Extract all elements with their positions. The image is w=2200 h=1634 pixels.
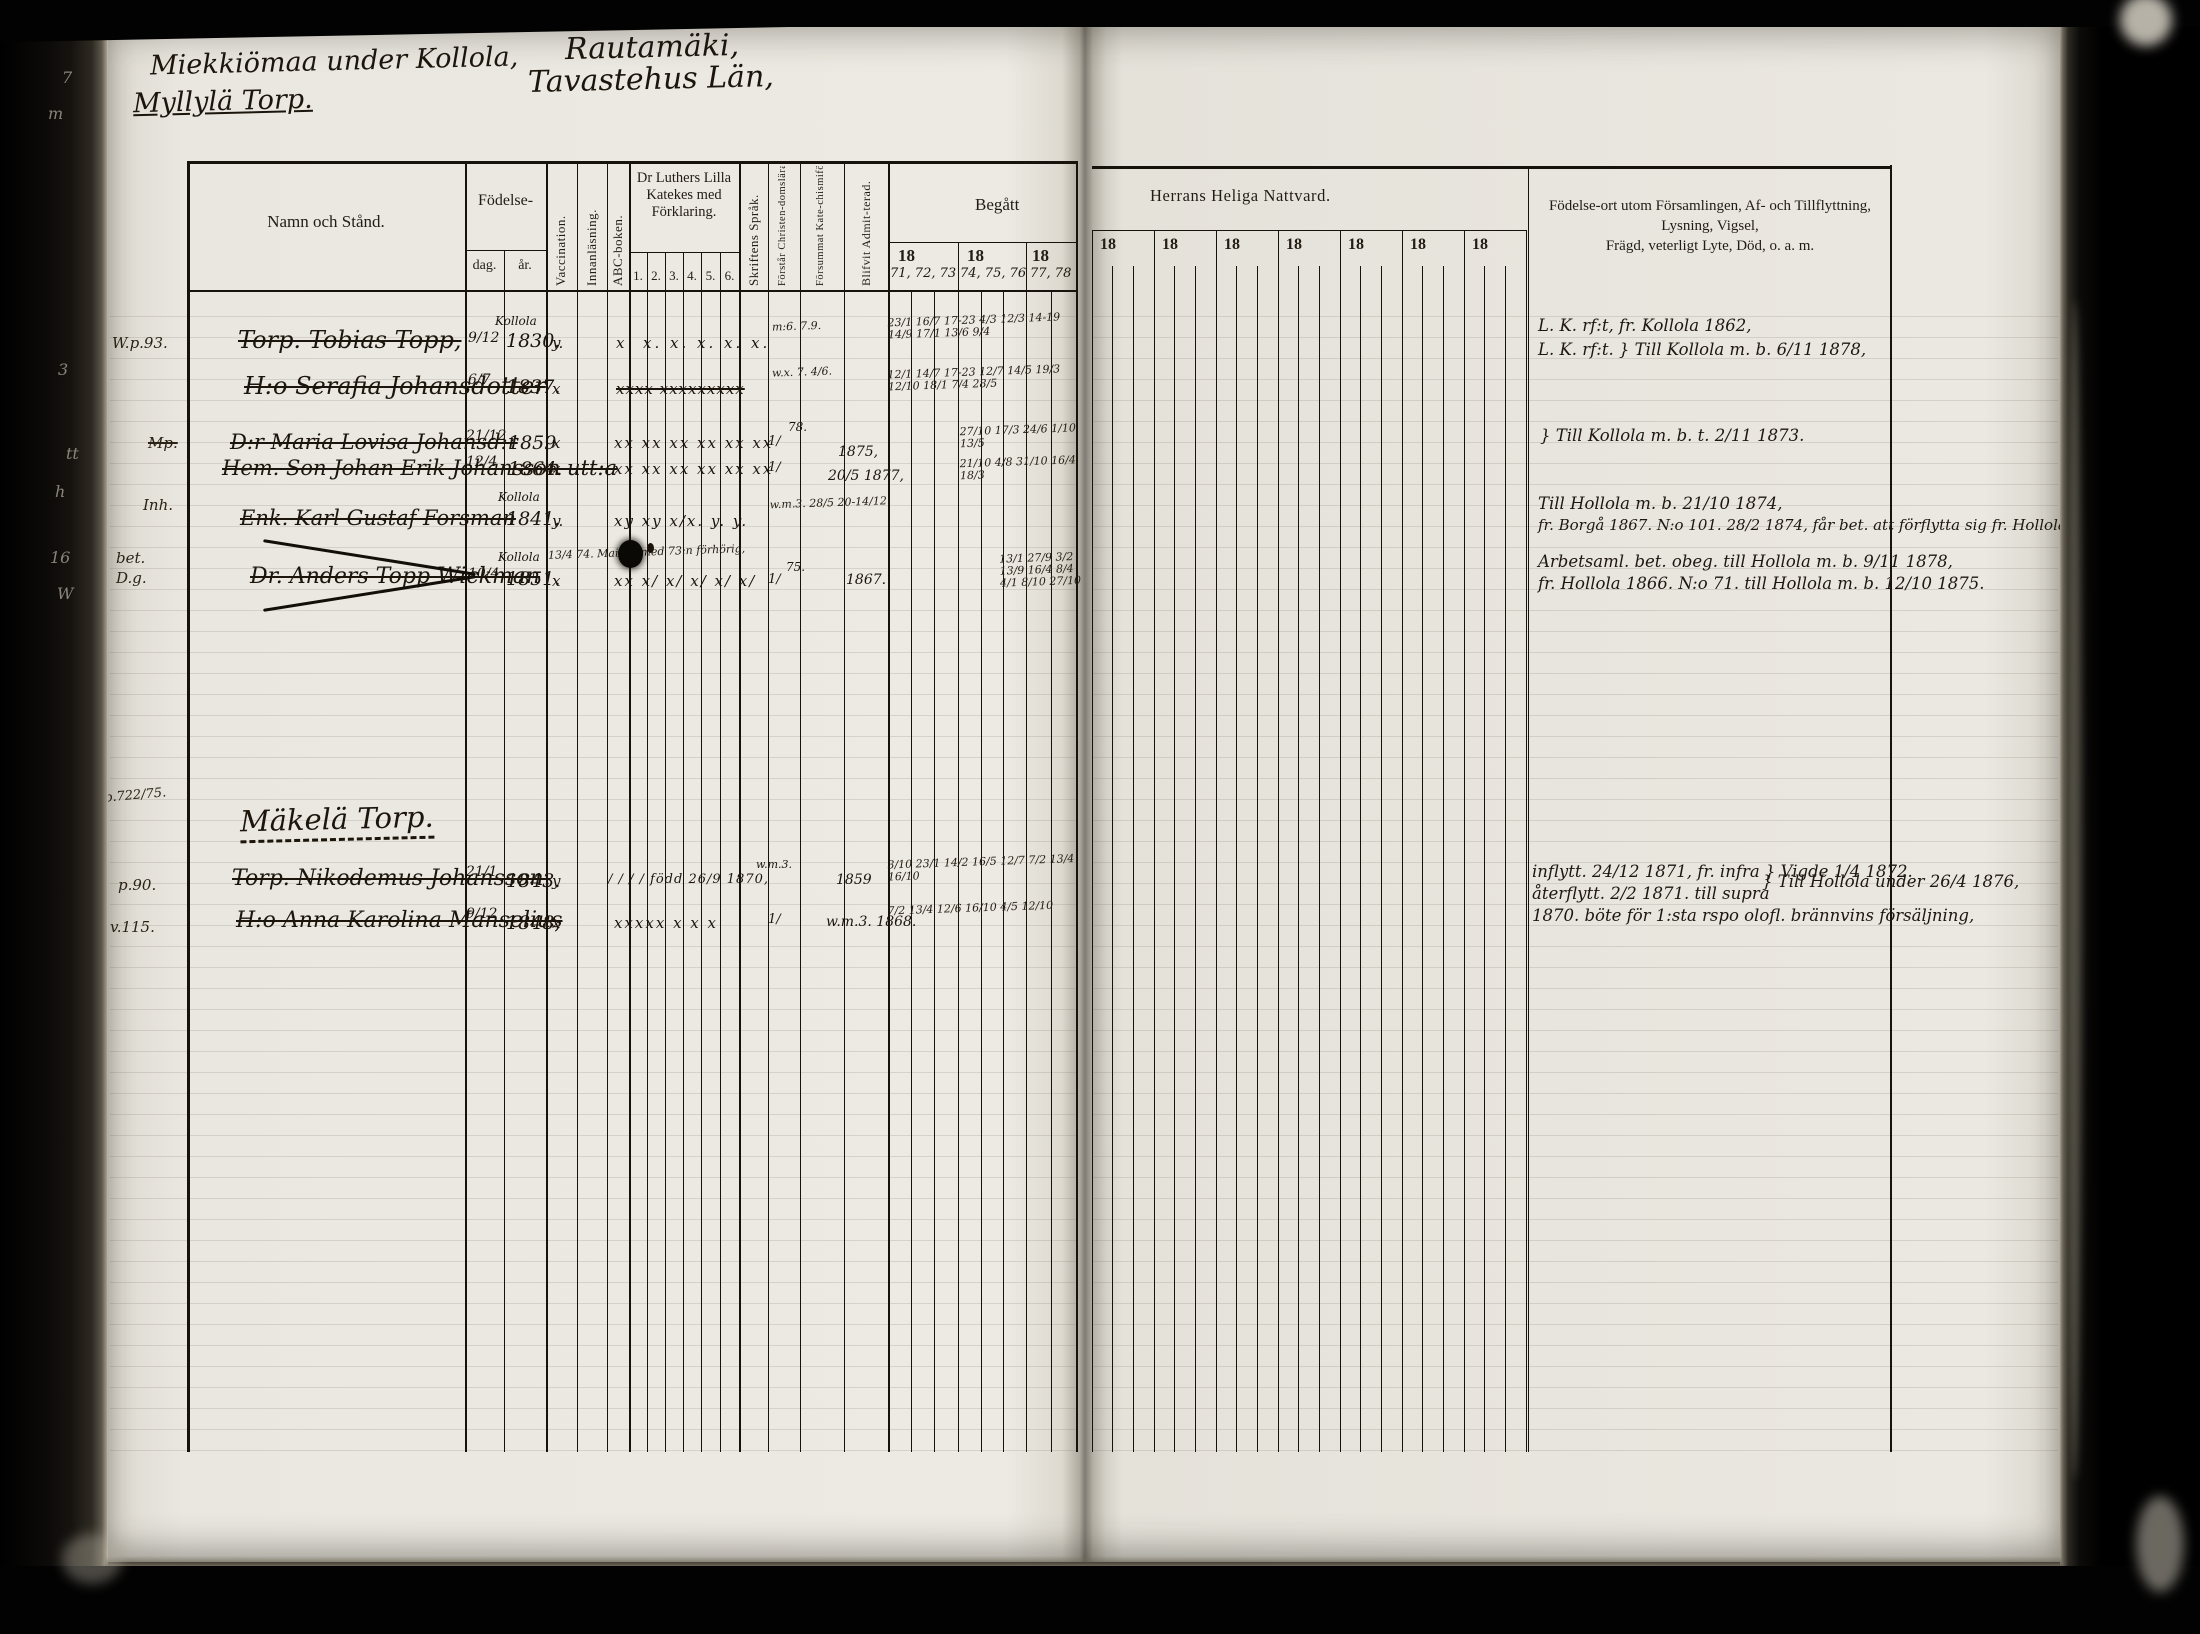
admitted-note: 1875, (838, 444, 878, 460)
rule-line (1092, 230, 1526, 231)
admitted-note: 20/5 1877, (828, 468, 904, 484)
catechism-marks: xy xy x/x. y. y. (614, 512, 748, 530)
scripture-mark: w.m.3. (756, 858, 792, 871)
rule-line (1422, 266, 1423, 1452)
year-prefix-group3: 18 (1032, 246, 1049, 266)
column-header-name: Namn och Stånd. (187, 212, 465, 232)
rule-line (1360, 266, 1361, 1452)
vaccination-mark: y. (552, 334, 563, 352)
vaccination-mark: x (552, 380, 560, 398)
admitted-note: 1859 (836, 872, 872, 888)
handwritten-years-group3: 77, 78 (1030, 266, 1071, 281)
scanned-parish-register: Pag. 771. Miekkiömaa under Kollola, Myll… (0, 0, 2200, 1634)
page-bottom-shade (105, 1556, 2062, 1566)
rule-line (1890, 165, 1892, 1452)
birth-place: Kollola (495, 314, 537, 328)
column-header-communion-nattvard: Herrans Heliga Nattvard. (1150, 186, 1331, 206)
page-stack-edge (2068, 300, 2082, 1480)
rule-line (629, 252, 739, 253)
rule-line (629, 161, 631, 1452)
birth-place: Kollola (498, 490, 540, 504)
rule-line (701, 252, 702, 1452)
rule-line (187, 161, 190, 1452)
edge-scribble: 3 (58, 360, 68, 379)
rule-line (1381, 266, 1382, 1452)
birth-day: 10/4 (468, 566, 499, 582)
communion-dates: 7/2 13/4 12/6 16/10 4/5 12/10 (887, 899, 1088, 946)
rule-line (1443, 266, 1444, 1452)
birth-place: Kollola (498, 550, 540, 564)
column-header-birth-day: dag. (465, 258, 504, 274)
row-margin-note: Mp. (148, 434, 178, 452)
migration-note-2: 1870. böte för 1:sta rspo olofl. brännvi… (1532, 906, 1974, 925)
birth-day: 21/1 (466, 864, 497, 880)
migration-note-2: fr. Hollola 1866. N:o 71. till Hollola m… (1538, 574, 1985, 593)
communion-dates: 23/1 16/7 17-23 4/3 12/3 14-19 14/9 17/1… (887, 311, 1083, 358)
rule-line (1174, 266, 1175, 1452)
rule-line (888, 242, 1076, 243)
column-header-missed-examinations: Försummat Kate-chismiförhören. (815, 166, 826, 286)
rule-line (1092, 166, 1890, 169)
row-margin-note: bet. D.g. (116, 548, 176, 588)
right-year-7: 18 (1472, 236, 1488, 254)
catechism-marks: xxxxx x x x (614, 914, 718, 932)
migration-note: L. K. rf:t, fr. Kollola 1862, (1538, 316, 1752, 335)
rule-line (1195, 266, 1196, 1452)
section-heading-makela: Mäkelä Torp. (240, 800, 435, 844)
catechism-marks: xx xx xx xx xx xx (614, 434, 773, 452)
rule-line (768, 161, 769, 1452)
column-header-communion-begatt: Begått (975, 195, 1019, 215)
rule-line (1154, 230, 1155, 1452)
right-year-4: 18 (1286, 236, 1302, 254)
catechism-col-3: 3. (665, 268, 683, 284)
handwritten-years-group1: 71, 72, 73 (890, 266, 956, 281)
column-header-birth-year: år. (504, 258, 546, 274)
rule-line (1257, 266, 1258, 1452)
migration-note: Till Hollola m. b. 21/10 1874, (1538, 494, 1782, 513)
rule-line (607, 161, 608, 1452)
scan-light-blob (2136, 1496, 2184, 1592)
missed-mark: 75. (786, 560, 805, 574)
rule-line (720, 252, 721, 1452)
edge-scribble: 7 (62, 68, 72, 87)
edge-scribble: h (55, 482, 65, 501)
section-heading-myllyla: Myllylä Torp. (133, 84, 313, 119)
right-year-1: 18 (1100, 236, 1116, 254)
rule-line (1112, 266, 1113, 1452)
rule-line (647, 252, 648, 1452)
rule-line (1402, 230, 1403, 1452)
migration-note: } Till Kollola m. b. t. 2/11 1873. (1540, 426, 1804, 445)
column-header-birth: Födelse- (465, 192, 546, 210)
row-margin-note: W.p.93. (112, 334, 168, 352)
catechism-col-6: 6. (720, 268, 739, 284)
catechism-marks: xxxx xxxxxxxxx (616, 380, 745, 398)
rule-line (546, 161, 548, 1452)
rule-line (1298, 266, 1299, 1452)
rule-line (1216, 230, 1217, 1452)
rule-line (1133, 266, 1134, 1452)
rule-line (739, 161, 741, 1452)
rule-line (187, 161, 1076, 164)
right-year-2: 18 (1162, 236, 1178, 254)
vaccination-mark: x (552, 434, 560, 452)
year-prefix-group1: 18 (898, 246, 915, 266)
person-name: H:o Serafia Johansdotter (244, 372, 546, 400)
missed-mark: 78. (788, 420, 807, 434)
column-header-scripture: Skriftens Språk. (746, 166, 762, 286)
rule-line (958, 242, 959, 1452)
birth-day: 21/12 (466, 428, 506, 444)
person-name: Torp. Nikodemus Johansson. (232, 866, 551, 891)
right-year-6: 18 (1410, 236, 1426, 254)
birth-day: 9/12 (466, 906, 497, 922)
rule-line (800, 161, 801, 1452)
communion-dates: 21/10 4/8 31/10 16/4 18/3 (959, 454, 1090, 495)
edge-scribble: m (48, 104, 63, 123)
scan-edge-left (0, 0, 108, 1634)
rule-line (465, 161, 467, 1452)
rule-line (187, 290, 1076, 292)
column-header-admitted: Blifvit Admit-terad. (859, 166, 874, 286)
edge-scribble: tt (66, 444, 79, 463)
edge-scribble: 16 (50, 548, 70, 567)
vaccination-mark: y (552, 872, 560, 890)
scripture-mark: 1/ (768, 434, 781, 449)
rule-line (1340, 230, 1341, 1452)
row-margin-note: v.115. (110, 918, 155, 936)
birth-day: 6/7 (468, 372, 491, 388)
birth-day: 9/12 (468, 330, 499, 346)
admitted-note: 1867. (846, 572, 886, 588)
catechism-col-2: 2. (647, 268, 665, 284)
rule-line (1505, 266, 1506, 1452)
migration-note: återflytt. 2/2 1871. till supra (1532, 884, 1770, 903)
right-year-3: 18 (1224, 236, 1240, 254)
catechism-marks: / / / / född 26/9 1870, (608, 872, 769, 887)
rule-line (1528, 166, 1529, 1452)
scan-edge-bottom (0, 1566, 2200, 1634)
scripture-mark: 1/ (768, 912, 781, 927)
column-header-catechism: Dr Luthers Lilla Katekes med Förklaring. (629, 170, 739, 221)
rule-line (1236, 266, 1237, 1452)
person-name: Enk. Karl Gustaf Forsman (240, 506, 516, 530)
column-header-abc-book: ABC-boken. (610, 166, 626, 286)
catechism-col-4: 4. (683, 268, 701, 284)
rule-line (1092, 230, 1093, 1452)
right-year-5: 18 (1348, 236, 1364, 254)
book-gutter (1062, 26, 1106, 1562)
rule-line (844, 161, 845, 1452)
rule-line (1484, 266, 1485, 1452)
column-header-vaccination: Vaccination. (553, 166, 569, 286)
rule-line (1464, 230, 1465, 1452)
catechism-marks: x. x. x. x. x. x. (616, 334, 770, 352)
scripture-mark: 1/ (768, 460, 781, 475)
migration-note-2: fr. Borgå 1867. N:o 101. 28/2 1874, får … (1538, 516, 2073, 534)
rule-line (1076, 161, 1078, 1452)
handwritten-years-group2: 74, 75, 76 (960, 266, 1026, 281)
migration-note: Arbetsaml. bet. obeg. till Hollola m. b.… (1538, 552, 1953, 571)
rule-line (577, 161, 578, 1452)
rule-line (1526, 230, 1527, 1452)
vaccination-mark: x (552, 460, 560, 478)
county-name: Tavastehus Län, (528, 59, 775, 100)
catechism-marks: xx xx xx xx xx xx (614, 460, 773, 478)
column-header-understands-doctrine: Förstår Christen-domsläran. (777, 166, 788, 286)
migration-note-2: } Till Hollola under 26/4 1876, (1762, 872, 2019, 891)
scripture-mark: 1/ (768, 572, 781, 587)
row-margin-note: Inh. (143, 496, 173, 514)
row-margin-note: p.90. (118, 876, 156, 894)
rule-line (683, 252, 684, 1452)
birth-year: 1859 (508, 432, 556, 454)
column-header-reading: Innanläsning. (584, 166, 600, 286)
scan-light-blob (62, 1534, 122, 1584)
catechism-col-1: 1. (629, 268, 647, 284)
communion-dates: 12/1 14/7 17-23 12/7 14/5 19/3 12/10 18/… (887, 363, 1083, 410)
vaccination-mark: x (552, 572, 560, 590)
catechism-marks: xx x/ x/ x/ x/ x/ (614, 572, 756, 590)
vaccination-mark: x (552, 914, 560, 932)
communion-dates: 3/10 23/1 14/2 16/5 12/7 7/2 13/4 16/10 (887, 853, 1088, 904)
migration-note: L. K. rf:t. } Till Kollola m. b. 6/11 18… (1538, 340, 1866, 359)
rule-line (1278, 230, 1279, 1452)
edge-scribble: W (57, 584, 73, 603)
rule-line (1319, 266, 1320, 1452)
catechism-col-5: 5. (701, 268, 720, 284)
year-prefix-group2: 18 (967, 246, 984, 266)
ink-blot (618, 540, 643, 568)
person-name: Torp. Tobias Topp, (238, 326, 462, 354)
column-header-notes: Födelse-ort utom Församlingen, Af- och T… (1535, 196, 1885, 256)
vaccination-mark: y. (552, 512, 563, 530)
rule-line (665, 252, 666, 1452)
rule-line (465, 250, 546, 251)
birth-day: 12/4 (466, 454, 497, 470)
communion-dates: 13/1 27/9 3/2 13/9 16/4 8/4 4/1 8/10 27/… (999, 550, 1091, 613)
